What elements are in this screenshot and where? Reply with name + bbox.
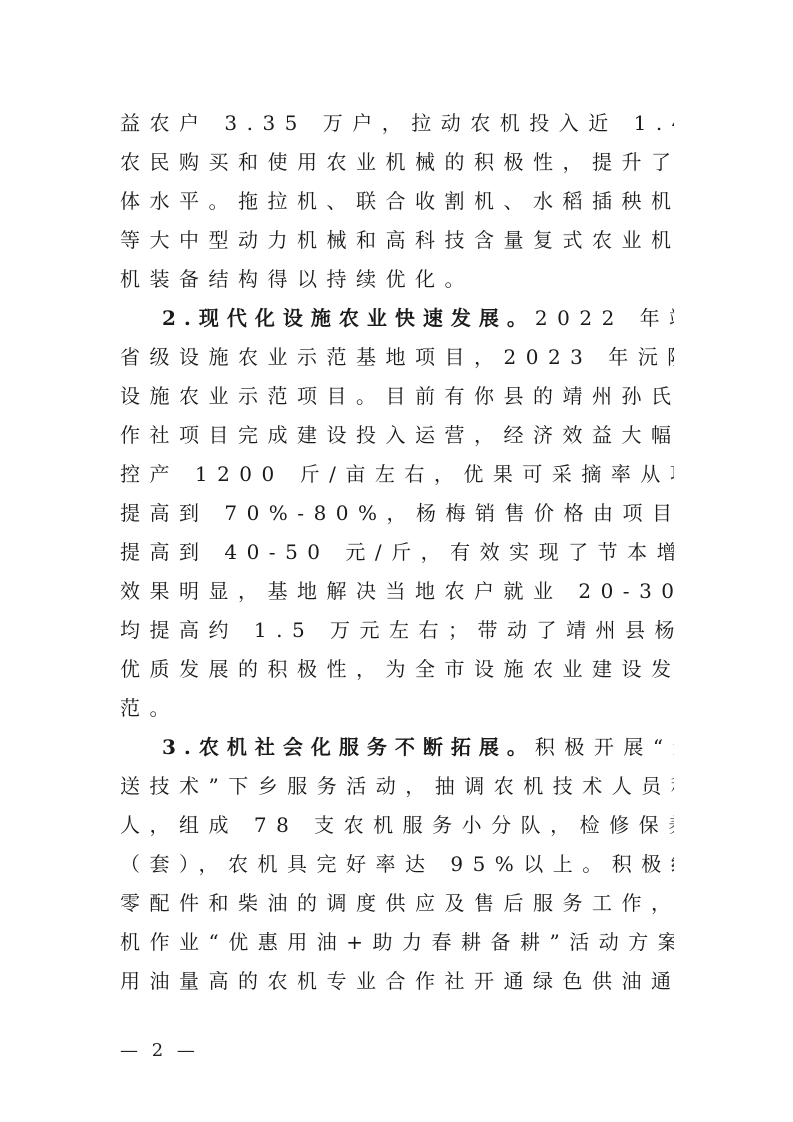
text-line: 体水平。拖拉机、联合收割机、水稻插秧机、烘干成套设备 [120, 182, 674, 221]
text-run: 积极开展“送政策、送农机、 [535, 735, 674, 759]
text-line: 提高到 70%-80%，杨梅销售价格由项目实施前 10 元/斤左右 [120, 494, 674, 533]
page-number: — 2 — [120, 1040, 199, 1061]
section-heading: 2.现代化设施农业快速发展。 [162, 306, 535, 330]
text-line: 作社项目完成建设投入运营，经济效益大幅提升，杨梅优果 [120, 416, 674, 455]
text-line: 用油量高的农机专业合作社开通绿色供油通道，开展送油下 [120, 962, 674, 1001]
text-line: 优质发展的积极性，为全市设施农业建设发展做了良好示 [120, 650, 674, 689]
paragraph-3: 3.农机社会化服务不断拓展。积极开展“送政策、送农机、 送技术”下乡服务活动，抽… [120, 728, 674, 1001]
text-line: （套），农机具完好率达 95%以上。积极组织协调农机具、 [120, 845, 674, 884]
text-line: 提高到 40-50 元/斤，有效实现了节本增产；同时，示范带动 [120, 533, 674, 572]
paragraph-1: 益农户 3.35 万户，拉动农机投入近 1.4 亿元，极大地调动了 农民购买和使… [120, 104, 674, 299]
text-line: 送技术”下乡服务活动，抽调农机技术人员和维修人员 1485 [120, 767, 674, 806]
document-page: 益农户 3.35 万户，拉动农机投入近 1.4 亿元，极大地调动了 农民购买和使… [120, 104, 674, 1001]
text-line: 益农户 3.35 万户，拉动农机投入近 1.4 亿元，极大地调动了 [120, 104, 674, 143]
text-line: 机作业“优惠用油+助力春耕备耕”活动方案》，在农忙时节对 [120, 923, 674, 962]
text-line: 零配件和柴油的调度供应及售后服务工作，印发《怀化市农 [120, 884, 674, 923]
text-line: 范。 [120, 689, 674, 728]
paragraph-first-line: 3.农机社会化服务不断拓展。积极开展“送政策、送农机、 [120, 728, 674, 767]
text-line: 控产 1200 斤/亩左右，优果可采摘率从项目实施前 10%-30% [120, 455, 674, 494]
text-line: 省级设施农业示范基地项目，2023 年沅陵县、麻阳县获省级 [120, 338, 674, 377]
text-line: 效果明显，基地解决当地农户就业 20-30 人，农户年收入人 [120, 572, 674, 611]
text-line: 农民购买和使用农业机械的积极性，提升了我市农机装备总 [120, 143, 674, 182]
text-line: 人，组成 78 支农机服务小分队，检修保养农机具 1 万余台 [120, 806, 674, 845]
text-run: 2022 年靖州县、溆浦县获 [535, 306, 674, 330]
text-line: 等大中型动力机械和高科技含量复式农业机械快速增加，农 [120, 221, 674, 260]
section-heading: 3.农机社会化服务不断拓展。 [162, 735, 535, 759]
text-line: 设施农业示范项目。目前有你县的靖州孙氏百灵杨梅专业合 [120, 377, 674, 416]
text-line: 均提高约 1.5 万元左右；带动了靖州县杨梅种植农户向高效、 [120, 611, 674, 650]
paragraph-first-line: 2.现代化设施农业快速发展。2022 年靖州县、溆浦县获 [120, 299, 674, 338]
paragraph-2: 2.现代化设施农业快速发展。2022 年靖州县、溆浦县获 省级设施农业示范基地项… [120, 299, 674, 728]
text-line: 机装备结构得以持续优化。 [120, 260, 674, 299]
